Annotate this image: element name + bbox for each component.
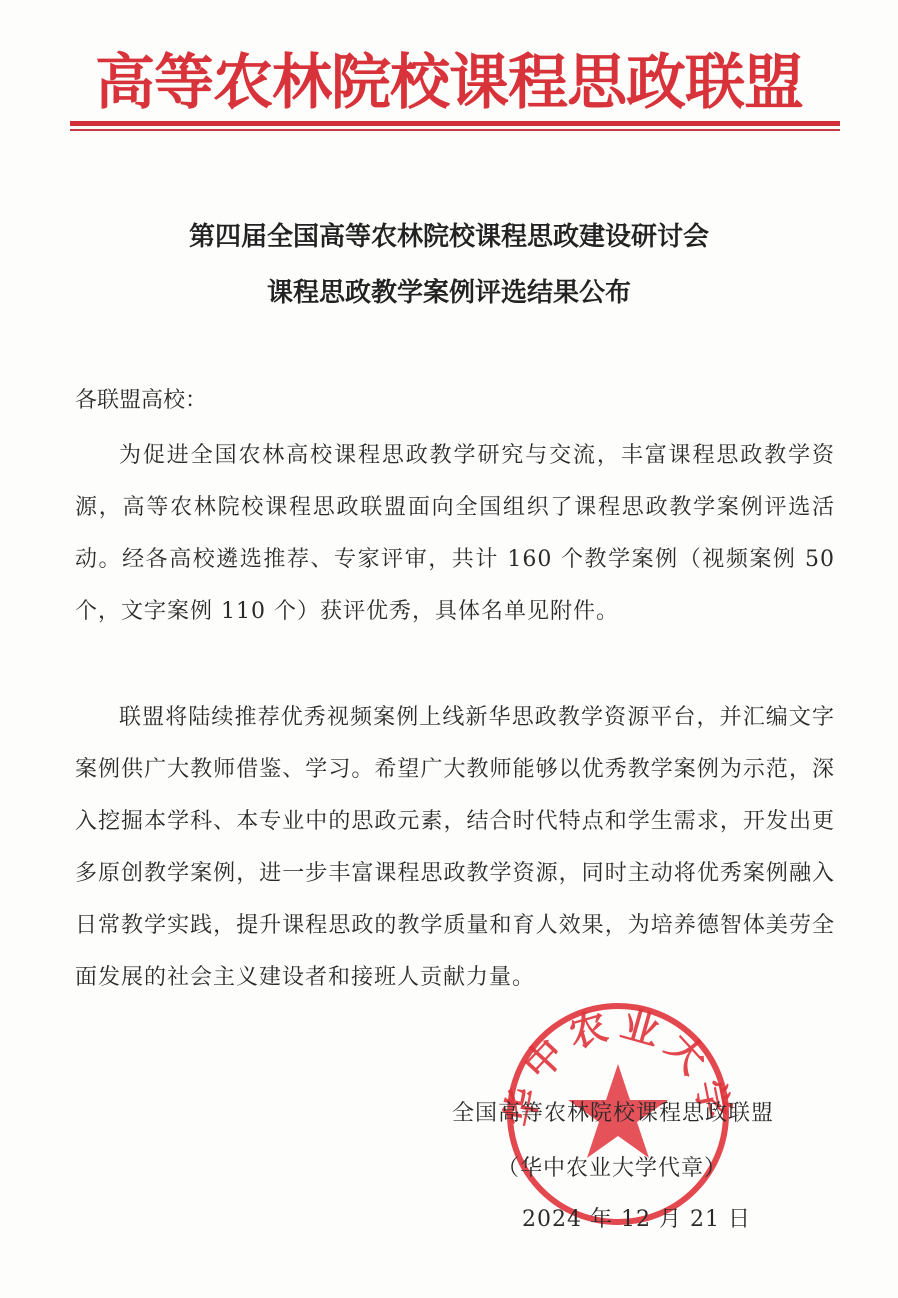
signature-date: 2024 年 12 月 21 日 <box>522 1202 751 1233</box>
signature-note: （华中农业大学代章） <box>497 1151 727 1182</box>
paragraph-1: 为促进全国农林高校课程思政教学研究与交流，丰富课程思政教学资源，高等农林院校课程… <box>75 430 835 638</box>
letterhead-rule-thick <box>70 121 840 126</box>
document-title-line1: 第四届全国高等农林院校课程思政建设研讨会 <box>0 216 898 253</box>
letterhead-rule-thin <box>70 129 840 131</box>
paragraph-2: 联盟将陆续推荐优秀视频案例上线新华思政教学资源平台，并汇编文字案例供广大教师借鉴… <box>75 692 835 1004</box>
salutation: 各联盟高校： <box>75 383 207 414</box>
letterhead-title: 高等农林院校课程思政联盟 <box>0 48 898 118</box>
document-title-line2: 课程思政教学案例评选结果公布 <box>0 272 898 309</box>
signature-organization: 全国高等农林院校课程思政联盟 <box>452 1096 774 1127</box>
